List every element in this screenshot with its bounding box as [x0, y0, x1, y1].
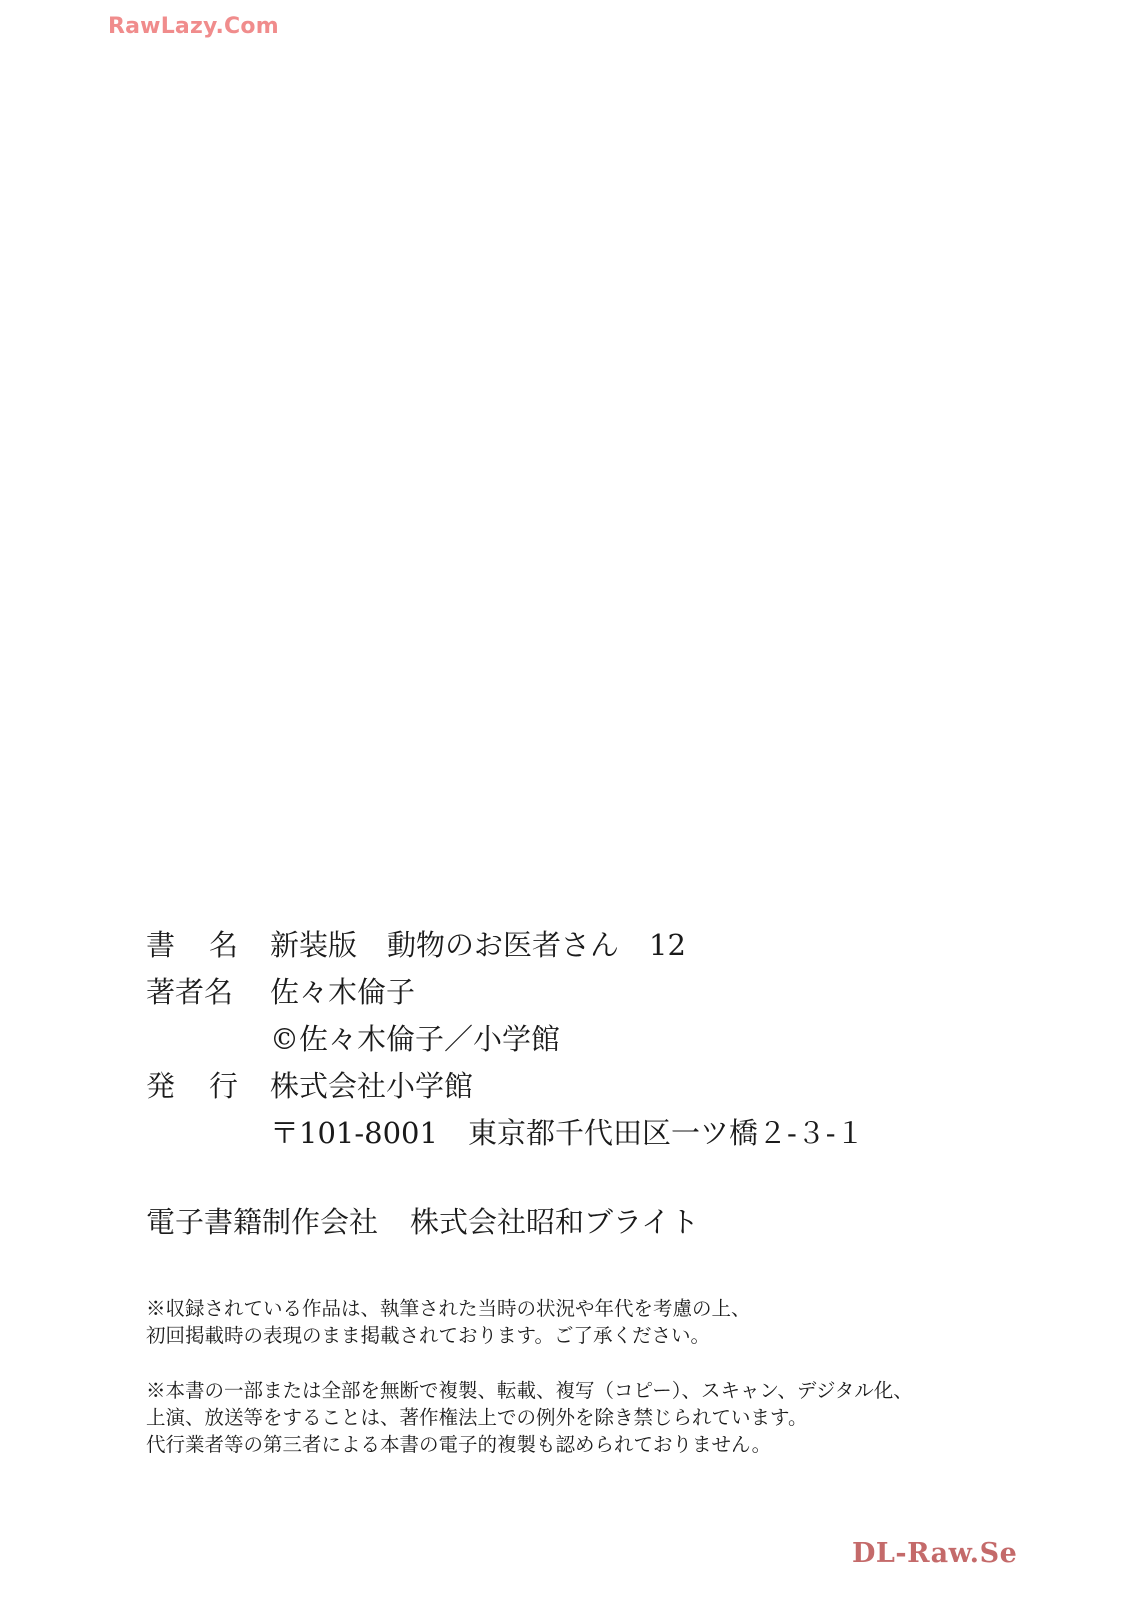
ebook-production-value: 株式会社昭和ブライト [410, 1205, 699, 1239]
colophon-title-row: 書 名 新装版動物のお医者さん12 [146, 920, 1026, 967]
title-edition: 新装版 [270, 928, 357, 962]
publisher-label-char: 発 [146, 1064, 175, 1105]
note-reprint-disclaimer: ※収録されている作品は、執筆された当時の状況や年代を考慮の上、 初回掲載時の表現… [146, 1295, 751, 1349]
postal-code: 〒101‐8001 [270, 1116, 438, 1150]
colophon-address-row: 〒101‐8001東京都千代田区一ツ橋２‐３‐１ [146, 1108, 1026, 1155]
publisher-label-char: 行 [209, 1064, 238, 1105]
watermark-dlraw: DL-Raw.Se [852, 1538, 1017, 1569]
note-line: 代行業者等の第三者による本書の電子的複製も認められておりません。 [146, 1431, 913, 1458]
ebook-production-line: 電子書籍制作会社株式会社昭和ブライト [146, 1200, 699, 1241]
publisher-label: 発 行 [146, 1064, 238, 1105]
watermark-rawlazy: RawLazy.Com [108, 14, 279, 39]
address-value: 〒101‐8001東京都千代田区一ツ橋２‐３‐１ [270, 1111, 865, 1152]
colophon-copyright-row: ©佐々木倫子／小学館 [146, 1014, 1026, 1061]
colophon-author-row: 著者名 佐々木倫子 [146, 967, 1026, 1014]
publisher-value: 株式会社小学館 [270, 1064, 473, 1105]
ebook-production-label: 電子書籍制作会社 [146, 1205, 378, 1239]
title-label-char: 書 [146, 923, 175, 964]
title-label-char: 名 [209, 923, 238, 964]
title-volume: 12 [649, 928, 686, 962]
copyright-value: ©佐々木倫子／小学館 [270, 1017, 560, 1058]
note-line: 上演、放送等をすることは、著作権法上での例外を除き禁じられています。 [146, 1404, 913, 1431]
note-line: ※本書の一部または全部を無断で複製、転載、複写（コピー）、スキャン、デジタル化、 [146, 1377, 913, 1404]
title-name: 動物のお医者さん [387, 928, 619, 962]
author-value: 佐々木倫子 [270, 970, 415, 1011]
note-line: 初回掲載時の表現のまま掲載されております。ご了承ください。 [146, 1322, 751, 1349]
title-value: 新装版動物のお医者さん12 [270, 923, 686, 964]
title-label: 書 名 [146, 923, 238, 964]
author-label: 著者名 [146, 970, 270, 1011]
colophon-publisher-row: 発 行 株式会社小学館 [146, 1061, 1026, 1108]
note-line: ※収録されている作品は、執筆された当時の状況や年代を考慮の上、 [146, 1295, 751, 1322]
address-text: 東京都千代田区一ツ橋２‐３‐１ [468, 1116, 865, 1150]
note-copyright-warning: ※本書の一部または全部を無断で複製、転載、複写（コピー）、スキャン、デジタル化、… [146, 1377, 913, 1458]
colophon: 書 名 新装版動物のお医者さん12 著者名 佐々木倫子 ©佐々木倫子／小学館 発… [146, 920, 1026, 1155]
